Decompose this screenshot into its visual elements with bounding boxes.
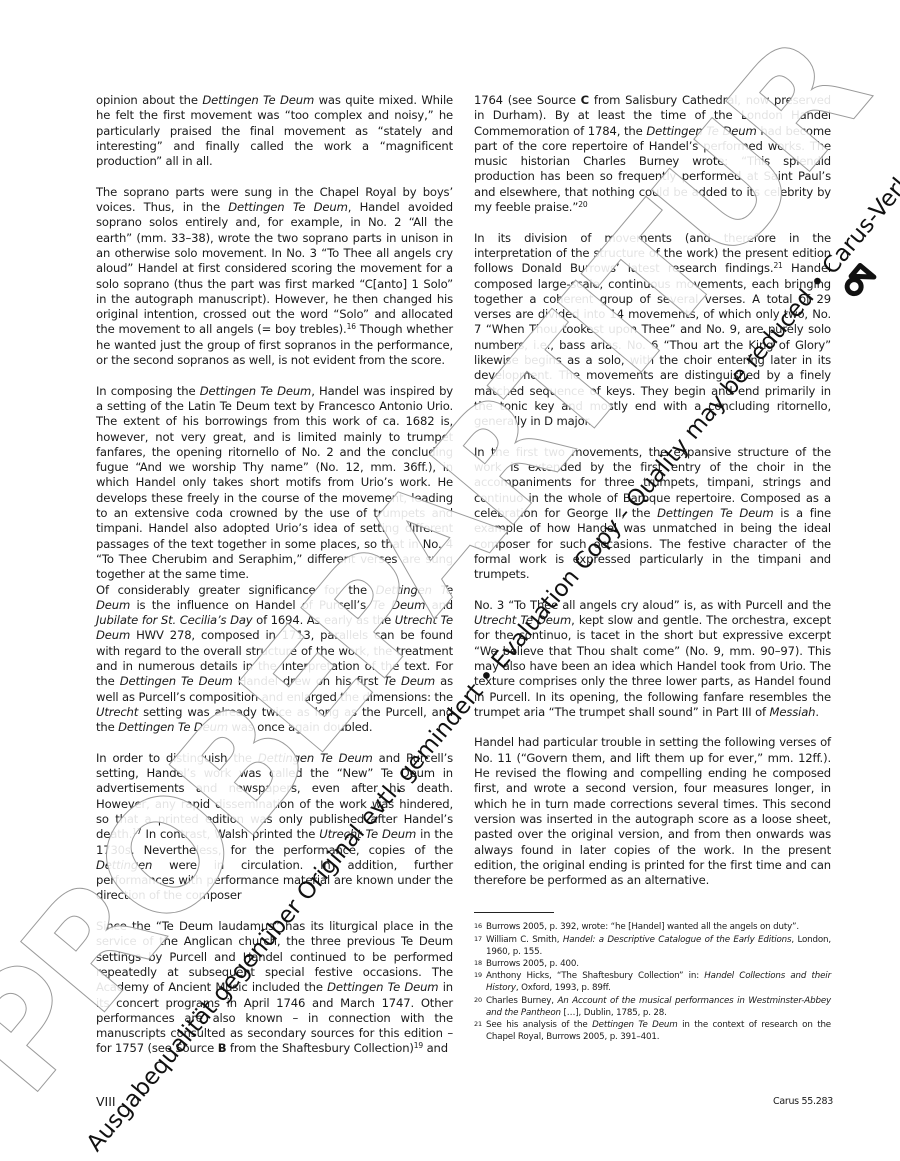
document-page: opinion about the Dettingen Te Deum was … xyxy=(0,0,900,1161)
carus-logo-icon xyxy=(843,265,874,297)
footnote-18: 18Burrows 2005, p. 400. xyxy=(474,958,831,970)
footnote-19: 19Anthony Hicks, “The Shaftesbury Collec… xyxy=(474,970,831,994)
right-column: 1764 (see Source C from Salisbury Cathed… xyxy=(474,93,831,1043)
footnote-20: 20Charles Burney, An Account of the musi… xyxy=(474,995,831,1019)
paragraph: Of considerably greater significance for… xyxy=(96,583,453,736)
paragraph: Since the “Te Deum laudamus” has its lit… xyxy=(96,919,453,1057)
footnote-16: 16Burrows 2005, p. 392, wrote: “he [Hand… xyxy=(474,921,831,933)
left-column: opinion about the Dettingen Te Deum was … xyxy=(96,93,453,1072)
paragraph: opinion about the Dettingen Te Deum was … xyxy=(96,93,453,169)
paragraph: In the first two movements, the expansiv… xyxy=(474,445,831,583)
footnote-21: 21See his analysis of the Dettingen Te D… xyxy=(474,1019,831,1043)
paragraph: No. 3 “To Thee all angels cry aloud” is,… xyxy=(474,598,831,720)
paragraph: 1764 (see Source C from Salisbury Cathed… xyxy=(474,93,831,215)
footnotes: 16Burrows 2005, p. 392, wrote: “he [Hand… xyxy=(474,921,831,1043)
footnote-divider xyxy=(474,912,554,913)
paragraph: The soprano parts were sung in the Chape… xyxy=(96,185,453,369)
paragraph: In composing the Dettingen Te Deum, Hand… xyxy=(96,384,453,583)
page-number: VIII xyxy=(96,1094,116,1109)
paragraph: In its division of movements (and theref… xyxy=(474,231,831,430)
footnote-17: 17William C. Smith, Handel: a Descriptiv… xyxy=(474,934,831,958)
paragraph: Handel had particular trouble in setting… xyxy=(474,735,831,888)
paragraph: In order to distinguish the Dettingen Te… xyxy=(96,751,453,904)
catalog-number: Carus 55.283 xyxy=(773,1096,833,1107)
